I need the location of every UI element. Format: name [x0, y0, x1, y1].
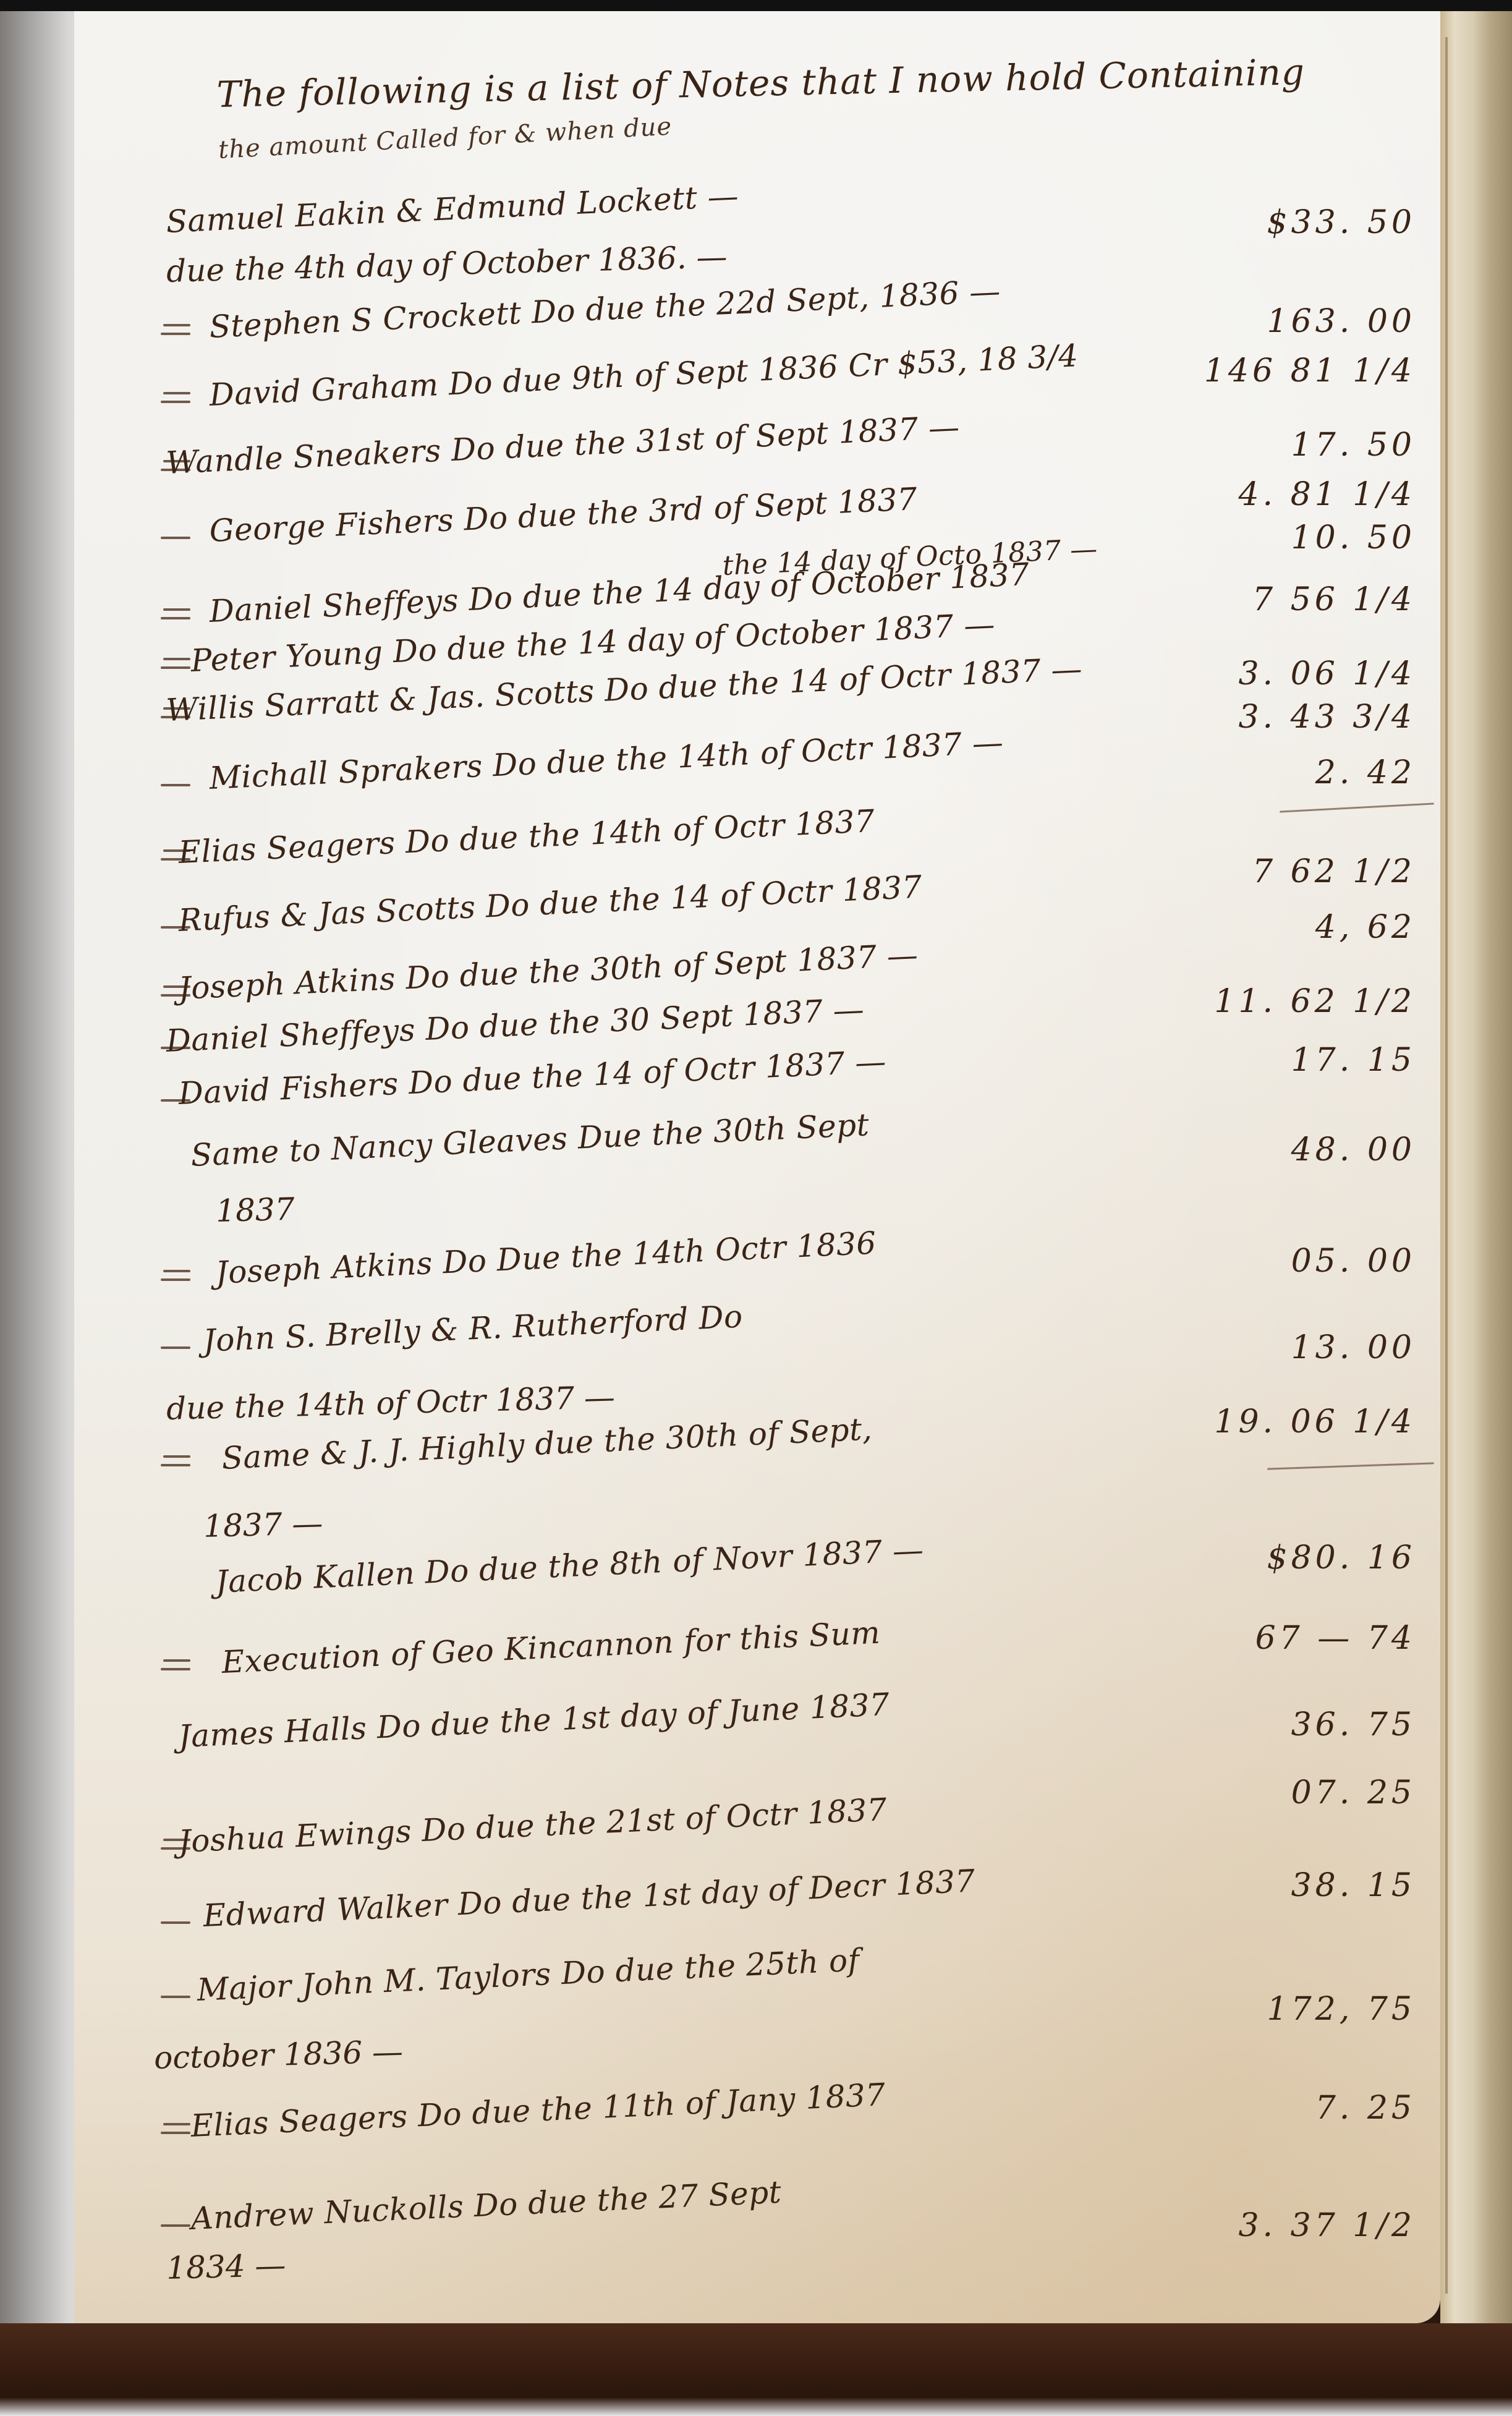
- heading-line-2: the amount Called for & when due: [218, 113, 673, 164]
- entry-amount: 17. 15: [1291, 1042, 1416, 1079]
- entry-marker: [161, 1464, 190, 1466]
- entry-amount: 7. 25: [1315, 2090, 1416, 2127]
- entry-amount: 05. 00: [1291, 1243, 1416, 1280]
- entry-continuation: 1834 —: [166, 2247, 286, 2286]
- book-top-edge: [0, 0, 1512, 11]
- entry-amount: 3. 06 1/4: [1238, 655, 1416, 692]
- entry-amount: 36. 75: [1291, 1706, 1416, 1743]
- entry-amount: 2. 42: [1315, 754, 1416, 791]
- entry-marker: [161, 333, 190, 335]
- entry-amount: 17. 50: [1291, 427, 1416, 464]
- entry-text: Jacob Kallen Do due the 8th of Novr 1837…: [214, 1532, 924, 1600]
- entry-amount: 163. 00: [1267, 303, 1416, 340]
- entry-amount: 4. 81 1/4: [1238, 476, 1416, 513]
- entry-marker: [161, 2132, 190, 2134]
- ledger-entry: Major John M. Taylors Do due the 25th of…: [167, 1972, 1440, 2028]
- entry-amount: 07. 25: [1291, 1774, 1416, 1811]
- entry-amount: 146 81 1/4: [1204, 352, 1416, 389]
- entry-amount: 10. 50: [1291, 519, 1416, 556]
- ledger-entry: Samuel Eakin & Edmund Lockett — due the …: [167, 204, 1440, 260]
- page-fore-edge: [1440, 11, 1512, 2323]
- entry-amount: 38. 15: [1291, 1867, 1416, 1904]
- entry-marker: [161, 1996, 190, 1998]
- entry-continuation: 1837 —: [203, 1505, 323, 1544]
- ledger-entry: Jacob Kallen Do due the 8th of Novr 1837…: [167, 1564, 1440, 1620]
- entry-amount: $33. 50: [1267, 204, 1416, 241]
- entry-amount: 13. 00: [1291, 1329, 1416, 1366]
- entry-text: Elias Seagers Do due the 11th of Jany 18…: [190, 2077, 886, 2144]
- entry-text: Joseph Atkins Do Due the 14th Octr 1836: [214, 1225, 877, 1291]
- entry-text: Execution of Geo Kincannon for this Sum: [221, 1615, 881, 1680]
- entry-marker: [161, 1278, 190, 1281]
- entry-continuation: due the 14th of Octr 1837 —: [166, 1379, 615, 1427]
- entry-marker: [161, 2224, 190, 2227]
- entry-amount: 172, 75: [1267, 1991, 1416, 2028]
- ledger-entry: Joseph Atkins Do Due the 14th Octr 1836 …: [167, 1255, 1440, 1311]
- entry-marker: [161, 666, 190, 669]
- entry-amount: 4, 62: [1315, 909, 1416, 946]
- entry-marker: [161, 1921, 190, 1924]
- entry-amount: 11. 62 1/2: [1214, 983, 1416, 1020]
- entry-marker: [161, 1346, 190, 1349]
- entry-continuation: due the 4th day of October 1836. —: [166, 239, 728, 289]
- ledger-entry: James Halls Do due the 1st day of June 1…: [167, 1719, 1440, 1774]
- entry-amount: 7 62 1/2: [1252, 853, 1416, 890]
- book-cover-bottom: [0, 2323, 1512, 2416]
- entry-amount: 48. 00: [1291, 1131, 1416, 1168]
- entry-marker: [161, 1668, 190, 1670]
- entry-text: Joshua Ewings Do due the 21st of Octr 18…: [177, 1792, 888, 1860]
- page-edge-line: [1445, 37, 1448, 2294]
- entry-continuation: 1837: [215, 1191, 295, 1229]
- entry-text: Andrew Nuckolls Do due the 27 Sept: [190, 2174, 782, 2237]
- entry-amount: 67 — 74: [1255, 1620, 1416, 1657]
- ledger-entry: Andrew Nuckolls Do due the 27 Sept 1834 …: [167, 2201, 1440, 2256]
- entry-amount: 7 56 1/4: [1252, 581, 1416, 618]
- ledger-entry: Same to Nancy Gleaves Due the 30th Sept …: [167, 1138, 1440, 1193]
- entry-marker: [161, 401, 190, 403]
- entry-marker: [161, 617, 190, 619]
- entry-amount: 3. 37 1/2: [1238, 2207, 1416, 2244]
- ledger-entry: Same & J. J. Highly due the 30th of Sept…: [167, 1440, 1440, 1496]
- entry-continuation: october 1836 —: [153, 2033, 403, 2076]
- entry-text: Samuel Eakin & Edmund Lockett —: [165, 178, 739, 240]
- entry-amount: $80. 16: [1267, 1539, 1416, 1576]
- entry-marker: [161, 537, 190, 539]
- entry-marker: [161, 784, 190, 786]
- ledger-entry: John S. Brelly & R. Rutherford Do due th…: [167, 1323, 1440, 1379]
- entry-amount: 3. 43 3/4: [1238, 699, 1416, 736]
- entry-amount: 19. 06 1/4: [1214, 1403, 1416, 1440]
- ledger-content: The following is a list of Notes that I …: [167, 62, 1440, 2287]
- ledger-entry: Elias Seagers Do due the 11th of Jany 18…: [167, 2108, 1440, 2164]
